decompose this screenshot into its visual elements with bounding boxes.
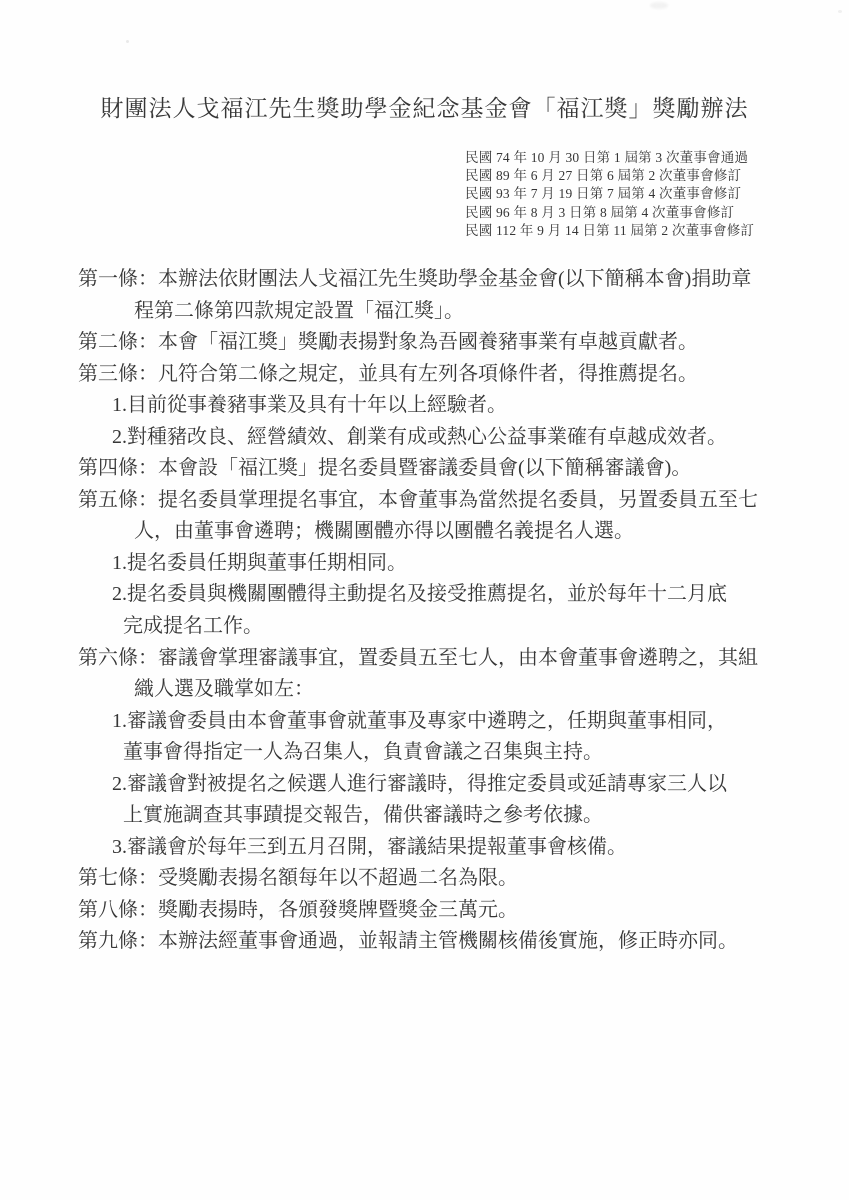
body-line: 第七條：受獎勵表揚名額每年以不超過二名為限。 <box>78 863 798 895</box>
document-title: 財團法人戈福江先生獎助學金紀念基金會「福江獎」獎勵辦法 <box>0 90 849 123</box>
body-line: 1.目前從事養豬事業及具有十年以上經驗者。 <box>78 390 798 422</box>
body-line: 2.審議會對被提名之候選人進行審議時，得推定委員或延請專家三人以 <box>78 769 798 801</box>
revision-line: 民國 74 年 10 月 30 日第 1 屆第 3 次董事會通過 <box>465 149 754 167</box>
body-line: 完成提名工作。 <box>78 611 798 643</box>
body-line: 2.提名委員與機關團體得主動提名及接受推薦提名，並於每年十二月底 <box>78 579 798 611</box>
document-body: 第一條：本辦法依財團法人戈福江先生獎助學金基金會(以下簡稱本會)捐助章程第二條第… <box>78 264 798 958</box>
body-line: 董事會得指定一人為召集人，負責會議之召集與主持。 <box>78 737 798 769</box>
scan-speck <box>650 2 668 9</box>
body-line: 1.提名委員任期與董事任期相同。 <box>78 548 798 580</box>
body-line: 第四條：本會設「福江獎」提名委員暨審議委員會(以下簡稱審議會)。 <box>78 453 798 485</box>
body-line: 第九條：本辦法經董事會通過，並報請主管機關核備後實施，修正時亦同。 <box>78 926 798 958</box>
scan-speck <box>126 40 129 43</box>
body-line: 第一條：本辦法依財團法人戈福江先生獎助學金基金會(以下簡稱本會)捐助章 <box>78 264 798 296</box>
body-line: 1.審議會委員由本會董事會就董事及專家中遴聘之，任期與董事相同， <box>78 706 798 738</box>
revision-history: 民國 74 年 10 月 30 日第 1 屆第 3 次董事會通過民國 89 年 … <box>465 149 754 240</box>
body-line: 第六條：審議會掌理審議事宜，置委員五至七人，由本會董事會遴聘之，其組 <box>78 643 798 675</box>
revision-line: 民國 93 年 7 月 19 日第 7 屆第 4 次董事會修訂 <box>465 185 754 203</box>
body-line: 第八條：獎勵表揚時，各頒發獎牌暨獎金三萬元。 <box>78 895 798 927</box>
revision-line: 民國 89 年 6 月 27 日第 6 屆第 2 次董事會修訂 <box>465 167 754 185</box>
body-line: 3.審議會於每年三到五月召開，審議結果提報董事會核備。 <box>78 832 798 864</box>
body-line: 織人選及職掌如左： <box>78 674 798 706</box>
revision-line: 民國 112 年 9 月 14 日第 11 屆第 2 次董事會修訂 <box>465 222 754 240</box>
scan-speck <box>838 10 842 13</box>
body-line: 上實施調查其事蹟提交報告，備供審議時之參考依據。 <box>78 800 798 832</box>
body-line: 程第二條第四款規定設置「福江獎」。 <box>78 296 798 328</box>
body-line: 第三條：凡符合第二條之規定，並具有左列各項條件者，得推薦提名。 <box>78 359 798 391</box>
body-line: 2.對種豬改良、經營績效、創業有成或熱心公益事業確有卓越成效者。 <box>78 422 798 454</box>
body-line: 人，由董事會遴聘；機關團體亦得以團體名義提名人選。 <box>78 516 798 548</box>
revision-line: 民國 96 年 8 月 3 日第 8 屆第 4 次董事會修訂 <box>465 204 754 222</box>
document-page: 財團法人戈福江先生獎助學金紀念基金會「福江獎」獎勵辦法 民國 74 年 10 月… <box>0 0 849 1200</box>
body-line: 第五條：提名委員掌理提名事宜，本會董事為當然提名委員，另置委員五至七 <box>78 485 798 517</box>
body-line: 第二條：本會「福江獎」獎勵表揚對象為吾國養豬事業有卓越貢獻者。 <box>78 327 798 359</box>
